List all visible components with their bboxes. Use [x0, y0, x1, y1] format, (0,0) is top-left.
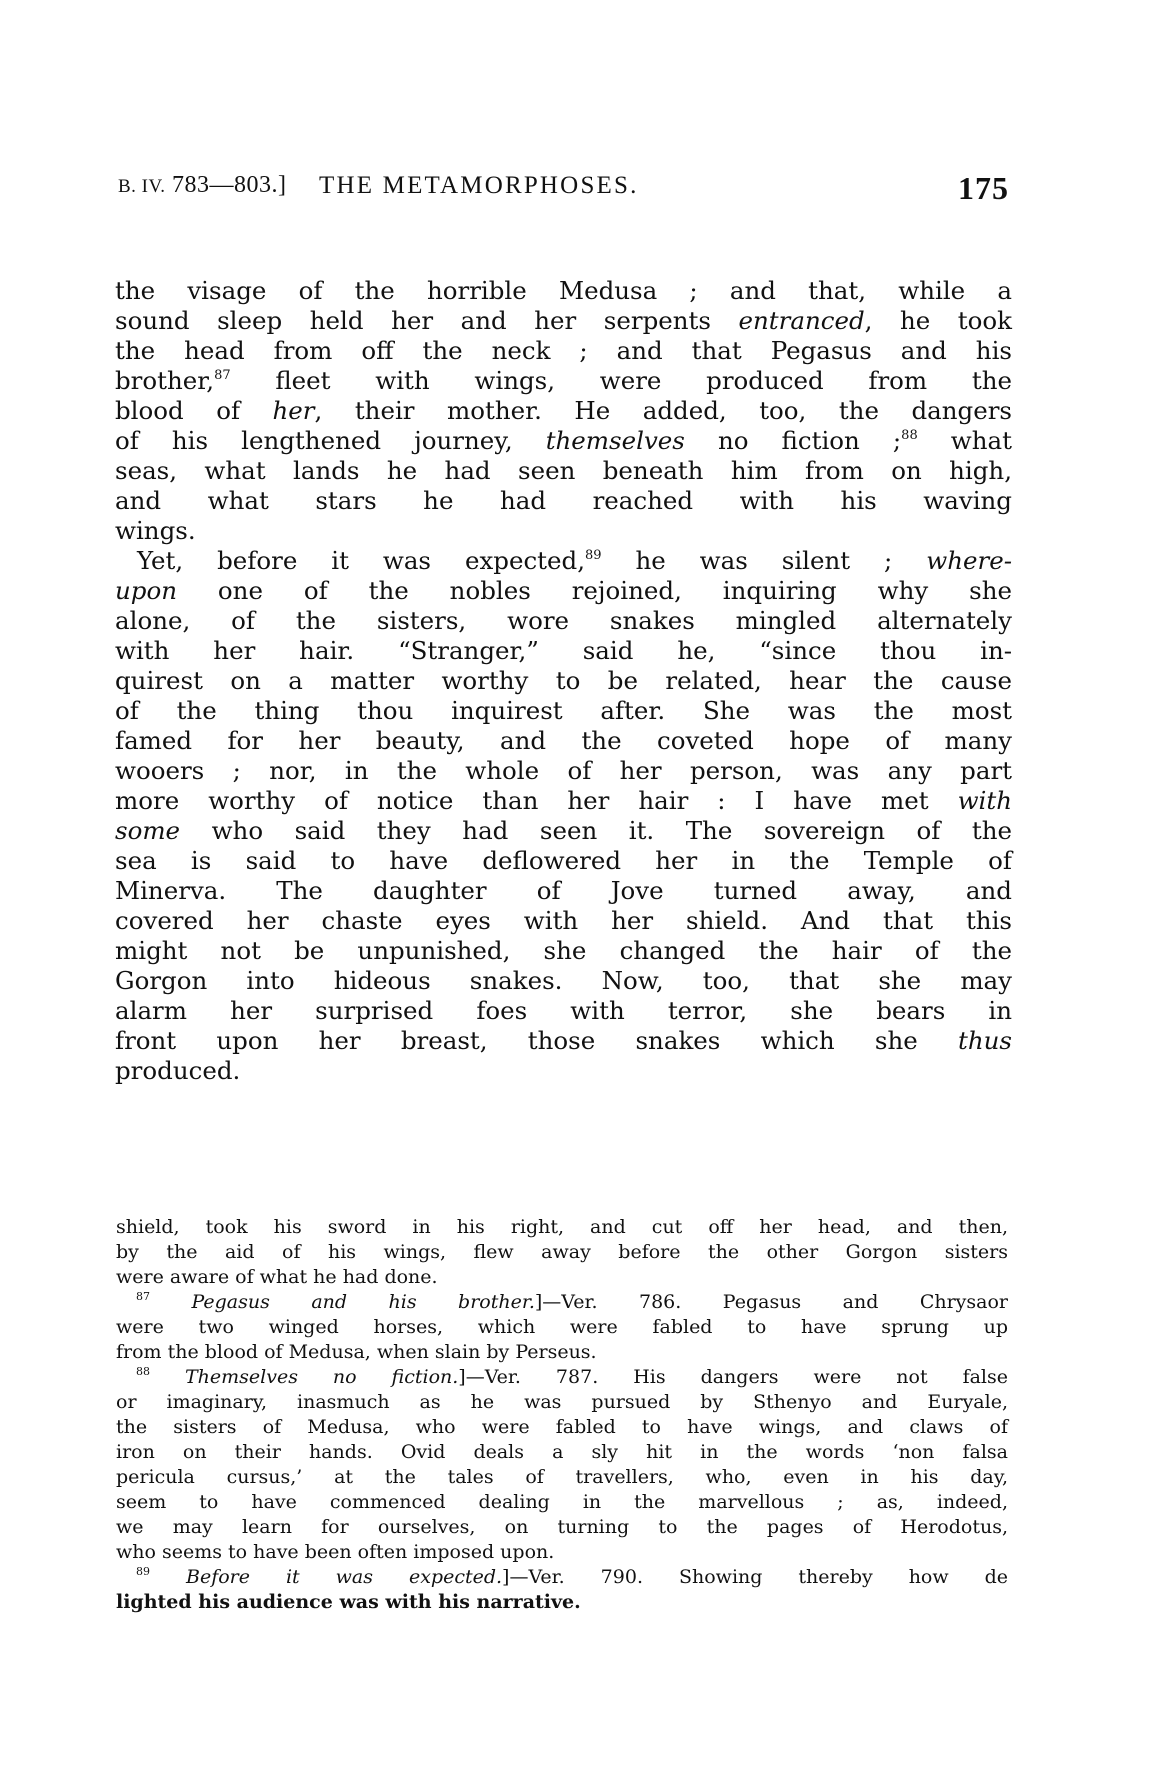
text-line: brother,87 fleet with wings, were produc…: [115, 366, 1012, 396]
book-number: B. IV.: [118, 176, 166, 197]
text-line: wooers ; nor, in the whole of her person…: [115, 756, 1012, 786]
footnote-lemma: Themselves no fiction.: [185, 1366, 458, 1388]
footnote-88: 88 Themselves no fiction.]—Ver. 787. His…: [116, 1365, 1008, 1565]
running-title: THE METAMORPHOSES.: [319, 172, 639, 200]
italic-run: themselves: [546, 426, 685, 455]
text-line: front upon her breast, those snakes whic…: [115, 1026, 1012, 1056]
footnote-number: 88: [136, 1365, 150, 1378]
book-page: B. IV. 783—803.] THE METAMORPHOSES. 175 …: [0, 0, 1151, 1785]
footnote-lemma: Before it was expected.: [186, 1566, 502, 1588]
text-run: no fiction ;: [685, 426, 901, 455]
footnote-ref-88[interactable]: 88: [901, 428, 918, 443]
footnote-line: lighted his audience was with his narrat…: [116, 1590, 1008, 1615]
text-run: blood of: [115, 396, 273, 425]
verse-range: 783—803.]: [172, 172, 287, 198]
italic-run: her: [273, 396, 315, 425]
text-line: of the thing thou inquirest after. She w…: [115, 696, 1012, 726]
text-run: what: [918, 426, 1012, 455]
text-run: fleet with wings, were produced from the: [231, 366, 1012, 395]
text-run: His dangers were not false: [633, 1366, 1008, 1388]
text-line: Gorgon into hideous snakes. Now, too, th…: [115, 966, 1012, 996]
running-header: B. IV. 783—803.] THE METAMORPHOSES. 175: [118, 172, 1013, 206]
footnote-number: 87: [136, 1290, 150, 1303]
footnote-line: shield, took his sword in his right, and…: [116, 1215, 1008, 1240]
text-line: covered her chaste eyes with her shield.…: [115, 906, 1012, 936]
text-run: brother,: [115, 366, 214, 395]
footnote-line: pericula cursus,’ at the tales of travel…: [116, 1465, 1008, 1490]
footnote-line: were two winged horses, which were fable…: [116, 1315, 1008, 1340]
text-run: Yet, before it was expected,: [137, 546, 585, 575]
text-line: seas, what lands he had seen beneath him…: [115, 456, 1012, 486]
text-line: of his lengthened journey, themselves no…: [115, 426, 1012, 456]
paragraph-1: the visage of the horrible Medusa ; and …: [115, 276, 1012, 546]
footnote-line: we may learn for ourselves, on turning t…: [116, 1515, 1008, 1540]
footnote-number: 89: [136, 1565, 150, 1578]
text-line: and what stars he had reached with his w…: [115, 486, 1012, 516]
footnotes: shield, took his sword in his right, and…: [116, 1215, 1008, 1615]
text-line: with her hair. “Stranger,” said he, “sin…: [115, 636, 1012, 666]
text-run: of his lengthened journey,: [115, 426, 546, 455]
text-run: he was silent ;: [602, 546, 927, 575]
text-line: more worthy of notice than her hair : I …: [115, 786, 1012, 816]
text-run: more worthy of notice than her hair : I …: [115, 786, 958, 815]
text-line: the head from off the neck ; and that Pe…: [115, 336, 1012, 366]
verse-ref: ]—Ver. 790.: [502, 1566, 643, 1588]
verse-ref: ]—Ver. 787.: [458, 1366, 598, 1388]
italic-run: upon: [115, 576, 177, 605]
footnote-line: seem to have commenced dealing in the ma…: [116, 1490, 1008, 1515]
verse-ref: ]—Ver. 786.: [535, 1291, 681, 1313]
text-line: wings.: [115, 516, 1012, 546]
text-line: alone, of the sisters, wore snakes mingl…: [115, 606, 1012, 636]
italic-run: with: [958, 786, 1012, 815]
footnote-line: by the aid of his wings, flew away befor…: [116, 1240, 1008, 1265]
text-line: the visage of the horrible Medusa ; and …: [115, 276, 1012, 306]
footnote-line: from the blood of Medusa, when slain by …: [116, 1340, 1008, 1365]
italic-run: some: [115, 816, 180, 845]
footnote-continuation: shield, took his sword in his right, and…: [116, 1215, 1008, 1290]
text-line: quirest on a matter worthy to be related…: [115, 666, 1012, 696]
text-line: sea is said to have deflowered her in th…: [115, 846, 1012, 876]
book-verse-reference: B. IV. 783—803.]: [118, 172, 287, 199]
footnote-line: were aware of what he had done.: [116, 1265, 1008, 1290]
text-line: Yet, before it was expected,89 he was si…: [115, 546, 1012, 576]
page-number: 175: [958, 170, 1009, 207]
text-line: famed for her beauty, and the coveted ho…: [115, 726, 1012, 756]
text-line: sound sleep held her and her serpents en…: [115, 306, 1012, 336]
footnote-line: 88 Themselves no fiction.]—Ver. 787. His…: [116, 1365, 1008, 1390]
text-run: one of the nobles rejoined, inquiring wh…: [177, 576, 1012, 605]
footnote-line: who seems to have been often imposed upo…: [116, 1540, 1008, 1565]
paragraph-2: Yet, before it was expected,89 he was si…: [115, 546, 1012, 1086]
footnote-line: iron on their hands. Ovid deals a sly hi…: [116, 1440, 1008, 1465]
text-line: blood of her, their mother. He added, to…: [115, 396, 1012, 426]
text-line: upon one of the nobles rejoined, inquiri…: [115, 576, 1012, 606]
italic-run: thus: [958, 1026, 1012, 1055]
text-line: Minerva. The daughter of Jove turned awa…: [115, 876, 1012, 906]
text-line: some who said they had seen it. The sove…: [115, 816, 1012, 846]
text-run: , he took: [865, 306, 1012, 335]
text-run: front upon her breast, those snakes whic…: [115, 1026, 958, 1055]
text-run: , their mother. He added, too, the dange…: [315, 396, 1012, 425]
footnote-line: 87 Pegasus and his brother.]—Ver. 786. P…: [116, 1290, 1008, 1315]
text-line: might not be unpunished, she changed the…: [115, 936, 1012, 966]
text-run: Showing thereby how de: [679, 1566, 1008, 1588]
footnote-lemma: Pegasus and his brother.: [191, 1291, 534, 1313]
text-run: who said they had seen it. The sovereign…: [180, 816, 1012, 845]
footnote-ref-87[interactable]: 87: [214, 368, 231, 383]
footnote-line: the sisters of Medusa, who were fabled t…: [116, 1415, 1008, 1440]
main-text: the visage of the horrible Medusa ; and …: [115, 276, 1012, 1086]
footnote-line: or imaginary, inasmuch as he was pursued…: [116, 1390, 1008, 1415]
footnote-ref-89[interactable]: 89: [585, 548, 602, 563]
text-run: Pegasus and Chrysaor: [723, 1291, 1008, 1313]
text-run: sound sleep held her and her serpents: [115, 306, 739, 335]
italic-run: where-: [926, 546, 1012, 575]
footnote-89: 89 Before it was expected.]—Ver. 790. Sh…: [116, 1565, 1008, 1615]
footnote-line: 89 Before it was expected.]—Ver. 790. Sh…: [116, 1565, 1008, 1590]
italic-run: entranced: [739, 306, 865, 335]
text-line: produced.: [115, 1056, 1012, 1086]
footnote-87: 87 Pegasus and his brother.]—Ver. 786. P…: [116, 1290, 1008, 1365]
text-line: alarm her surprised foes with terror, sh…: [115, 996, 1012, 1026]
